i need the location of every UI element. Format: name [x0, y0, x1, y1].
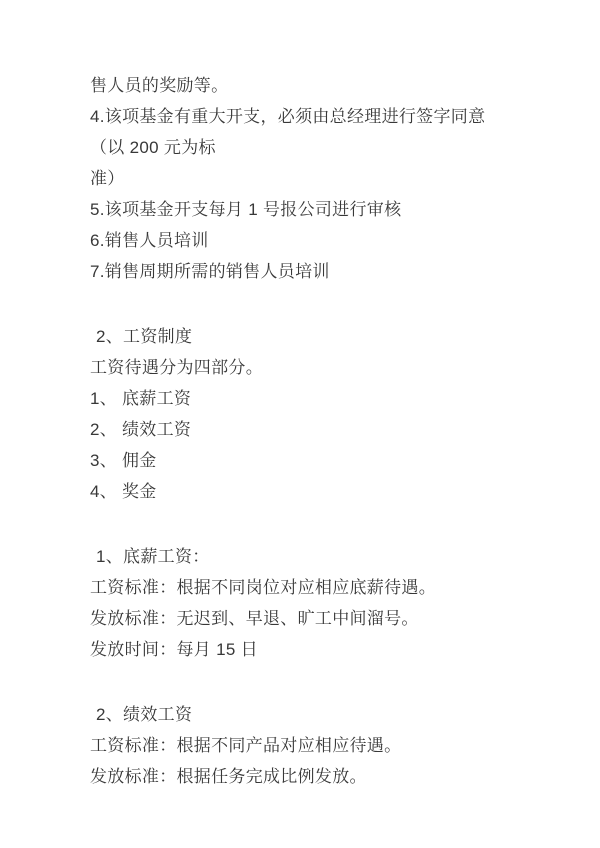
list-item-text: 绩效工资	[122, 420, 191, 439]
list-item: 3、佣金	[90, 445, 514, 476]
paragraph-line: 发放标准：无迟到、早退、旷工中间溜号。	[90, 603, 514, 634]
list-item-marker: 1、	[90, 383, 122, 414]
paragraph-line: 发放时间：每月 15 日	[90, 634, 514, 665]
paragraph-line: 工资标准：根据不同岗位对应相应底薪待遇。	[90, 572, 514, 603]
section-fund-policy: 售人员的奖励等。 4.该项基金有重大开支，必须由总经理进行签字同意（以 200 …	[90, 70, 514, 287]
list-item: 2、绩效工资	[90, 414, 514, 445]
section-gap	[90, 287, 514, 321]
section-gap	[90, 665, 514, 699]
section-performance-salary: 2、绩效工资 工资标准：根据不同产品对应相应待遇。 发放标准：根据任务完成比例发…	[90, 699, 514, 792]
list-item: 4、奖金	[90, 476, 514, 507]
paragraph-line: 发放标准：根据任务完成比例发放。	[90, 761, 514, 792]
paragraph-line: 工资待遇分为四部分。	[90, 352, 514, 383]
list-item-text: 奖金	[122, 482, 157, 501]
document-body: 售人员的奖励等。 4.该项基金有重大开支，必须由总经理进行签字同意（以 200 …	[0, 0, 600, 792]
list-item-marker: 3、	[90, 445, 122, 476]
section-salary-system: 2、工资制度 工资待遇分为四部分。 1、底薪工资 2、绩效工资 3、佣金 4、奖…	[90, 321, 514, 507]
list-item-text: 底薪工资	[122, 389, 191, 408]
section-heading: 2、绩效工资	[90, 699, 514, 730]
paragraph-line: 7.销售周期所需的销售人员培训	[90, 256, 514, 287]
list-item-marker: 2、	[90, 414, 122, 445]
list-item: 1、底薪工资	[90, 383, 514, 414]
paragraph-line-wrap: 准）	[90, 163, 514, 194]
paragraph-line: 工资标准：根据不同产品对应相应待遇。	[90, 730, 514, 761]
section-base-salary: 1、底薪工资： 工资标准：根据不同岗位对应相应底薪待遇。 发放标准：无迟到、早退…	[90, 541, 514, 665]
section-heading: 1、底薪工资：	[90, 541, 514, 572]
paragraph-line: 4.该项基金有重大开支，必须由总经理进行签字同意（以 200 元为标	[90, 101, 514, 163]
list-item-marker: 4、	[90, 476, 122, 507]
paragraph-line: 5.该项基金开支每月 1 号报公司进行审核	[90, 194, 514, 225]
list-item-text: 佣金	[122, 451, 157, 470]
document-page: 售人员的奖励等。 4.该项基金有重大开支，必须由总经理进行签字同意（以 200 …	[0, 0, 600, 848]
paragraph-line: 6.销售人员培训	[90, 225, 514, 256]
paragraph-line: 售人员的奖励等。	[90, 70, 514, 101]
section-heading: 2、工资制度	[90, 321, 514, 352]
section-gap	[90, 507, 514, 541]
